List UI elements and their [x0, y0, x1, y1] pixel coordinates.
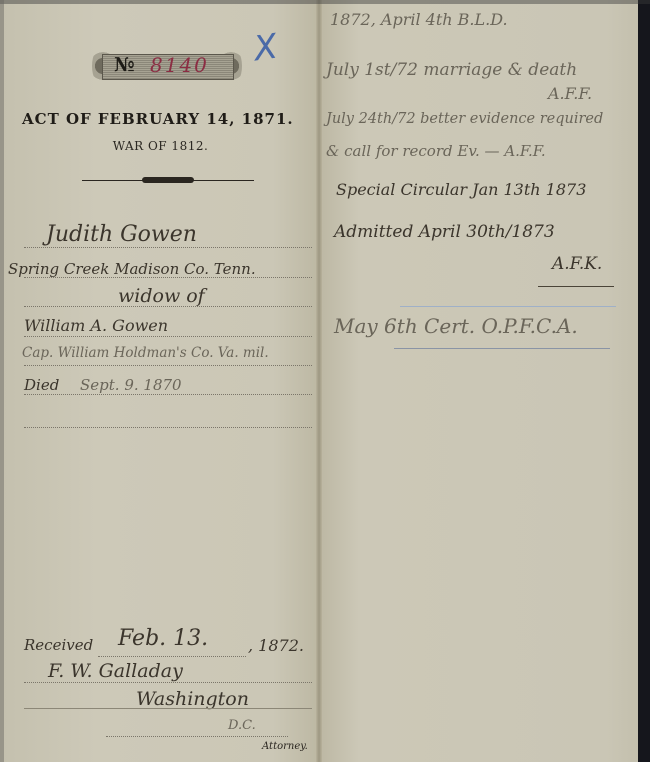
- died-label: Died: [24, 376, 59, 394]
- badge-prefix: №: [114, 54, 135, 76]
- page-fold: [316, 0, 322, 762]
- blue-rule: [400, 306, 616, 307]
- received-date: Feb. 13.: [118, 626, 208, 651]
- blue-rule: [394, 348, 610, 349]
- died-date: Sept. 9. 1870: [80, 376, 182, 394]
- note-line: 1872, April 4th B.L.D.: [330, 10, 508, 29]
- certificate-number: 8140: [150, 53, 209, 77]
- service-unit: Cap. William Holdman's Co. Va. mil.: [22, 345, 269, 361]
- received-year: , 1872.: [248, 636, 304, 655]
- left-edge: [0, 0, 4, 762]
- certificate-number-badge: № 8140: [92, 44, 242, 90]
- claimant-name: Judith Gowen: [46, 222, 197, 247]
- received-label: Received: [24, 636, 93, 654]
- form-line: [24, 247, 312, 248]
- form-line: [24, 336, 312, 337]
- form-line: [98, 656, 246, 657]
- note-line: July 24th/72 better evidence required: [326, 111, 603, 127]
- note-line: Special Circular Jan 13th 1873: [336, 180, 586, 199]
- note-initials: A.F.F.: [548, 84, 592, 103]
- relation: widow of: [118, 285, 205, 307]
- note-line: May 6th Cert. O.P.F.C.A.: [334, 314, 578, 338]
- form-line: [106, 736, 288, 737]
- attorney-name: F. W. Galladay: [48, 660, 183, 682]
- ornamental-divider: [82, 179, 254, 183]
- note-line: Admitted April 30th/1873: [334, 222, 555, 242]
- act-heading: ACT OF FEBRUARY 14, 1871.: [22, 110, 294, 128]
- war-subheading: WAR OF 1812.: [0, 139, 321, 153]
- form-line: [24, 394, 312, 395]
- note-line: & call for record Ev. — A.F.F.: [326, 142, 546, 160]
- underline: [538, 286, 614, 287]
- form-line: [24, 682, 312, 683]
- form-line: [24, 708, 312, 709]
- form-line: [24, 365, 312, 366]
- top-shadow: [0, 0, 650, 4]
- attorney-city: Washington: [136, 688, 249, 710]
- form-line: [24, 306, 312, 307]
- note-line: July 1st/72 marriage & death: [326, 60, 577, 80]
- form-line: [24, 427, 312, 428]
- claimant-residence: Spring Creek Madison Co. Tenn.: [8, 260, 256, 278]
- note-initials: A.F.K.: [552, 254, 602, 274]
- attorney-district: D.C.: [228, 718, 256, 733]
- attorney-label: Attorney.: [262, 741, 308, 752]
- soldier-name: William A. Gowen: [24, 316, 168, 335]
- form-line: [24, 277, 312, 278]
